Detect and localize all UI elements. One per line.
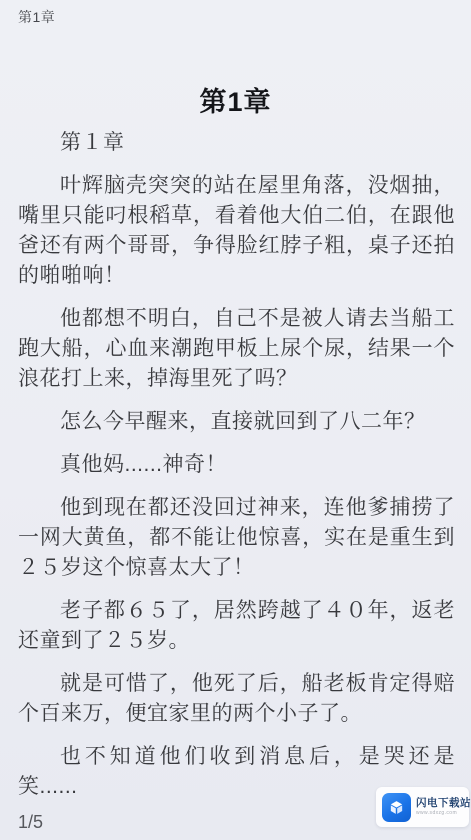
watermark-badge: 闪电下载站 www.sdxzg.com <box>376 787 469 827</box>
paragraph: 老子都６５了，居然跨越了４０年，返老还童到了２５岁。 <box>18 596 455 656</box>
reader-content[interactable]: 第１章 叶辉脑壳突突的站在屋里角落，没烟抽，嘴里只能叼根稻草，看着他大伯二伯，在… <box>18 128 455 815</box>
paragraph: 就是可惜了，他死了后，船老板肯定得赔个百来万，便宜家里的两个小子了。 <box>18 669 455 729</box>
reader-screen[interactable]: 第1章 第1章 第１章 叶辉脑壳突突的站在屋里角落，没烟抽，嘴里只能叼根稻草，看… <box>0 0 471 840</box>
paragraph: 他到现在都还没回过神来，连他爹捕捞了一网大黄鱼，都不能让他惊喜，实在是重生到２５… <box>18 493 455 583</box>
chapter-header-label: 第1章 <box>18 7 55 27</box>
chapter-title: 第1章 <box>0 80 471 119</box>
download-cube-icon <box>382 793 411 822</box>
watermark-site-url: www.sdxzg.com <box>416 811 471 816</box>
paragraph: 真他妈......神奇！ <box>18 450 455 480</box>
paragraph: 怎么今早醒来，直接就回到了八二年？ <box>18 407 455 437</box>
watermark-site-name: 闪电下载站 <box>416 798 471 809</box>
page-indicator: 1/5 <box>18 812 43 833</box>
paragraph: 他都想不明白，自己不是被人请去当船工跑大船，心血来潮跑甲板上尿个尿，结果一个浪花… <box>18 304 455 394</box>
paragraph: 叶辉脑壳突突的站在屋里角落，没烟抽，嘴里只能叼根稻草，看着他大伯二伯，在跟他爸还… <box>18 171 455 291</box>
paragraph: 第１章 <box>18 128 455 158</box>
watermark-text-block: 闪电下载站 www.sdxzg.com <box>416 798 471 817</box>
